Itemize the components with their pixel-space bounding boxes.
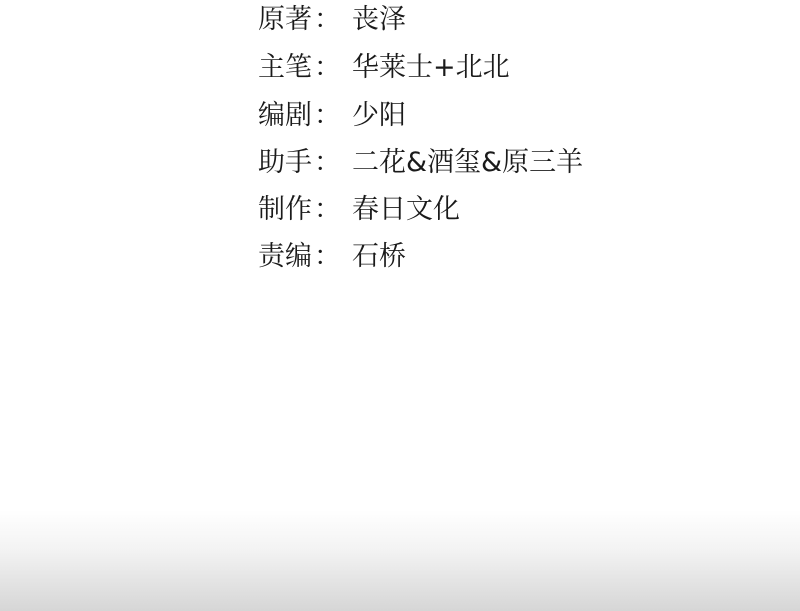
credit-separator: ： <box>312 143 352 183</box>
credit-production: 制作：春日文化 <box>258 190 460 230</box>
credit-editor: 责编：石桥 <box>258 237 406 277</box>
credit-name: 丧泽 <box>352 0 406 40</box>
credit-separator: ： <box>312 0 352 40</box>
credit-role: 制作 <box>258 190 312 230</box>
credit-role: 编剧 <box>258 96 312 136</box>
credit-name: 华莱士+北北 <box>352 48 510 88</box>
credit-name: 春日文化 <box>352 190 460 230</box>
credit-name: 二花&酒玺&原三羊 <box>352 143 583 183</box>
credit-role: 责编 <box>258 237 312 277</box>
credit-role: 助手 <box>258 143 312 183</box>
credit-role: 主笔 <box>258 48 312 88</box>
credit-separator: ： <box>312 190 352 230</box>
credit-name: 石桥 <box>352 237 406 277</box>
credit-separator: ： <box>312 237 352 277</box>
credit-screenwriter: 编剧：少阳 <box>258 96 406 136</box>
credit-separator: ： <box>312 96 352 136</box>
credit-assistants: 助手：二花&酒玺&原三羊 <box>258 143 583 183</box>
credit-separator: ： <box>312 48 352 88</box>
credit-original-author: 原著：丧泽 <box>258 0 406 40</box>
credit-name: 少阳 <box>352 96 406 136</box>
credit-lead-artist: 主笔：华莱士+北北 <box>258 48 510 88</box>
credit-role: 原著 <box>258 0 312 40</box>
